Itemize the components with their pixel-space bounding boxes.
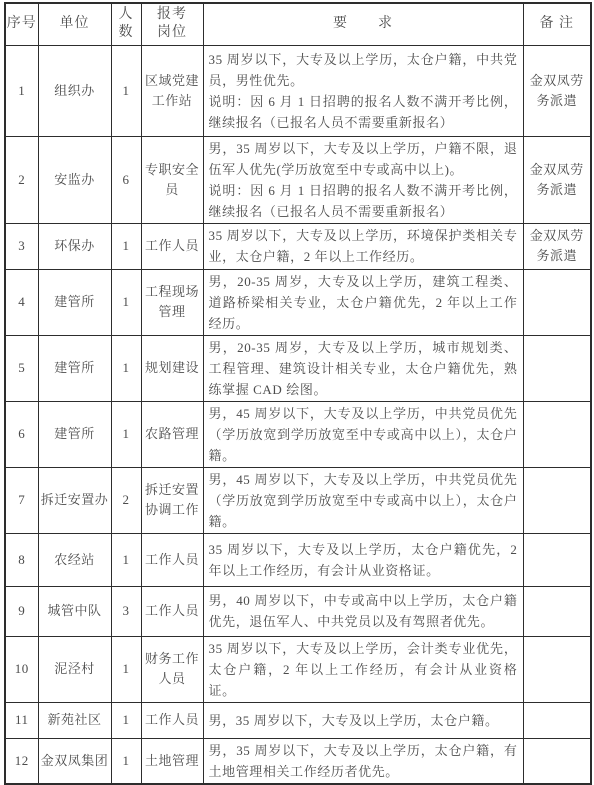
cell-count: 1	[111, 636, 141, 702]
table-row: 7 拆迁安置办 2 拆迁安置协调工作 男，45 周岁以下，大专及以上学历，中共党…	[5, 467, 591, 533]
cell-position: 专职安全员	[141, 136, 203, 223]
cell-count: 1	[111, 702, 141, 738]
table-row: 1 组织办 1 区域党建工作站 35 周岁以下，大专及以上学历，太仓户籍，中共党…	[5, 45, 591, 136]
cell-unit: 建管所	[38, 269, 111, 335]
cell-requirement: 男，40 周岁以下，中专或高中以上学历，太仓户籍优先，退伍军人、中共党员以及有驾…	[203, 586, 523, 636]
document-page: 序号 单位 人数 报考 岗位 要 求 备 注 1 组织办 1 区域党建工作站 3…	[0, 0, 594, 785]
cell-position: 工作人员	[141, 223, 203, 269]
cell-remark	[523, 269, 591, 335]
cell-remark	[523, 467, 591, 533]
cell-position: 工作人员	[141, 586, 203, 636]
cell-requirement: 35 周岁以下，大专及以上学历，太仓户籍优先，2 年以上工作经历，有会计从业资格…	[203, 533, 523, 586]
cell-serial: 7	[5, 467, 38, 533]
table-row: 2 安监办 6 专职安全员 男，35 周岁以下，大专及以上学历，户籍不限，退伍军…	[5, 136, 591, 223]
cell-serial: 1	[5, 45, 38, 136]
cell-unit: 环保办	[38, 223, 111, 269]
cell-requirement: 男，45 周岁以下，大专及以上学历，中共党员优先（学历放宽到学历放宽至中专或高中…	[203, 401, 523, 467]
cell-remark	[523, 586, 591, 636]
table-row: 4 建管所 1 工程现场管理 男，20-35 周岁，大专及以上学历，建筑工程类、…	[5, 269, 591, 335]
cell-count: 1	[111, 335, 141, 401]
table-row: 3 环保办 1 工作人员 35 周岁以下，大专及以上学历，环境保护类相关专业，太…	[5, 223, 591, 269]
table-row: 12 金双凤集团 1 土地管理 男，35 周岁以下，大专及以上学历，太仓户籍，有…	[5, 738, 591, 784]
cell-requirement: 35 周岁以下，大专及以上学历，太仓户籍，中共党员，男性优先。 说明：因 6 月…	[203, 45, 523, 136]
cell-count: 1	[111, 223, 141, 269]
cell-position: 财务工作人员	[141, 636, 203, 702]
cell-unit: 组织办	[38, 45, 111, 136]
cell-serial: 12	[5, 738, 38, 784]
cell-serial: 6	[5, 401, 38, 467]
cell-count: 1	[111, 533, 141, 586]
cell-position: 工程现场管理	[141, 269, 203, 335]
cell-unit: 建管所	[38, 335, 111, 401]
cell-unit: 新苑社区	[38, 702, 111, 738]
cell-position: 区域党建工作站	[141, 45, 203, 136]
cell-remark	[523, 636, 591, 702]
cell-unit: 农经站	[38, 533, 111, 586]
cell-serial: 2	[5, 136, 38, 223]
cell-serial: 9	[5, 586, 38, 636]
cell-requirement: 男，35 周岁以下，大专及以上学历，太仓户籍。	[203, 702, 523, 738]
cell-requirement: 35 周岁以下，大专及以上学历，会计类专业优先，太仓户籍，2 年以上工作经历，有…	[203, 636, 523, 702]
cell-requirement: 男，20-35 周岁，大专及以上学历，城市规划类、工程管理、建筑设计相关专业，太…	[203, 335, 523, 401]
cell-unit: 泥泾村	[38, 636, 111, 702]
cell-unit: 拆迁安置办	[38, 467, 111, 533]
table-row: 6 建管所 1 农路管理 男，45 周岁以下，大专及以上学历，中共党员优先（学历…	[5, 401, 591, 467]
cell-remark: 金双凤劳务派遣	[523, 223, 591, 269]
cell-position: 农路管理	[141, 401, 203, 467]
cell-count: 1	[111, 738, 141, 784]
cell-remark	[523, 702, 591, 738]
cell-remark	[523, 533, 591, 586]
cell-count: 1	[111, 401, 141, 467]
col-header-position: 报考 岗位	[141, 3, 203, 45]
col-header-unit: 单位	[38, 3, 111, 45]
recruitment-table: 序号 单位 人数 报考 岗位 要 求 备 注 1 组织办 1 区域党建工作站 3…	[4, 2, 592, 785]
col-header-remark: 备 注	[523, 3, 591, 45]
cell-position: 规划建设	[141, 335, 203, 401]
cell-count: 6	[111, 136, 141, 223]
cell-unit: 金双凤集团	[38, 738, 111, 784]
table-row: 10 泥泾村 1 财务工作人员 35 周岁以下，大专及以上学历，会计类专业优先，…	[5, 636, 591, 702]
cell-remark: 金双凤劳务派遣	[523, 136, 591, 223]
cell-serial: 4	[5, 269, 38, 335]
cell-requirement: 男，45 周岁以下，大专及以上学历，中共党员优先（学历放宽到学历放宽至中专或高中…	[203, 467, 523, 533]
cell-unit: 建管所	[38, 401, 111, 467]
cell-serial: 10	[5, 636, 38, 702]
cell-count: 1	[111, 45, 141, 136]
cell-serial: 8	[5, 533, 38, 586]
cell-requirement: 男，35 周岁以下，大专及以上学历，户籍不限，退伍军人优先(学历放宽至中专或高中…	[203, 136, 523, 223]
cell-serial: 11	[5, 702, 38, 738]
table-row: 5 建管所 1 规划建设 男，20-35 周岁，大专及以上学历，城市规划类、工程…	[5, 335, 591, 401]
cell-serial: 5	[5, 335, 38, 401]
cell-remark: 金双凤劳务派遣	[523, 45, 591, 136]
cell-serial: 3	[5, 223, 38, 269]
cell-remark	[523, 738, 591, 784]
cell-position: 工作人员	[141, 702, 203, 738]
cell-position: 拆迁安置协调工作	[141, 467, 203, 533]
col-header-requirement: 要 求	[203, 3, 523, 45]
cell-position: 工作人员	[141, 533, 203, 586]
cell-count: 1	[111, 269, 141, 335]
cell-remark	[523, 335, 591, 401]
col-header-serial: 序号	[5, 3, 38, 45]
cell-requirement: 男，20-35 周岁，大专及以上学历，建筑工程类、道路桥梁相关专业，太仓户籍优先…	[203, 269, 523, 335]
cell-requirement: 男，35 周岁以下，大专及以上学历，太仓户籍，有土地管理相关工作经历者优先。	[203, 738, 523, 784]
cell-unit: 城管中队	[38, 586, 111, 636]
table-row: 9 城管中队 3 工作人员 男，40 周岁以下，中专或高中以上学历，太仓户籍优先…	[5, 586, 591, 636]
cell-count: 3	[111, 586, 141, 636]
cell-unit: 安监办	[38, 136, 111, 223]
table-row: 8 农经站 1 工作人员 35 周岁以下，大专及以上学历，太仓户籍优先，2 年以…	[5, 533, 591, 586]
header-row: 序号 单位 人数 报考 岗位 要 求 备 注	[5, 3, 591, 45]
table-row: 11 新苑社区 1 工作人员 男，35 周岁以下，大专及以上学历，太仓户籍。	[5, 702, 591, 738]
cell-requirement: 35 周岁以下，大专及以上学历，环境保护类相关专业，太仓户籍，2 年以上工作经历…	[203, 223, 523, 269]
cell-count: 2	[111, 467, 141, 533]
cell-position: 土地管理	[141, 738, 203, 784]
col-header-count: 人数	[111, 3, 141, 45]
cell-remark	[523, 401, 591, 467]
